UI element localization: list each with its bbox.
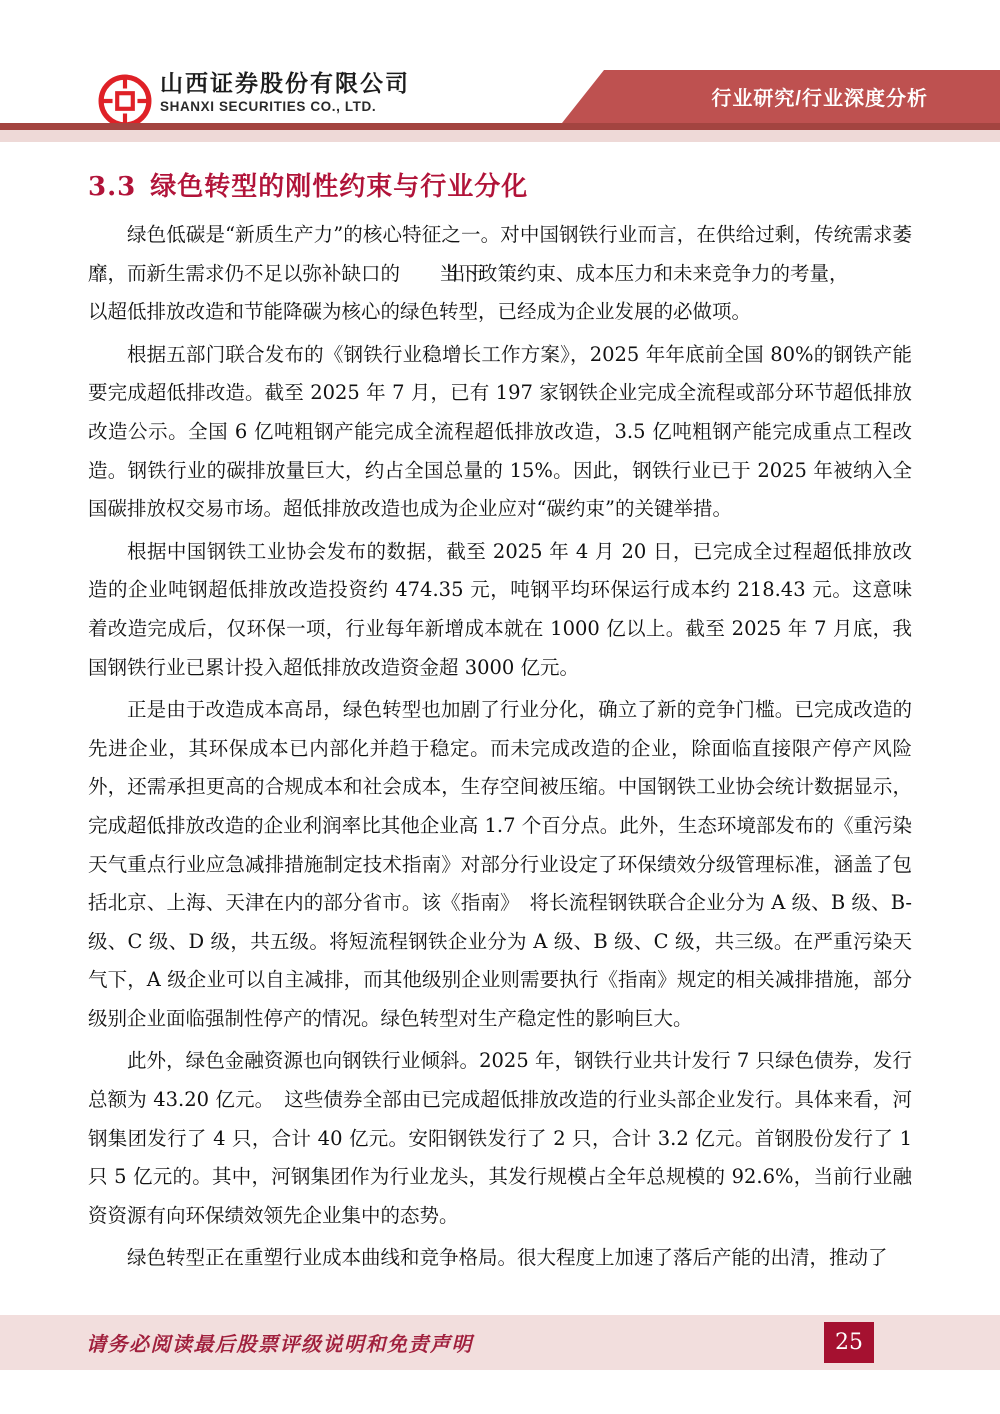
overlapping-text-artifact: 当下出于: [400, 255, 478, 294]
section-number: 3.3: [88, 172, 136, 202]
section-title: 3.3绿色转型的刚性约束与行业分化: [88, 166, 528, 203]
paragraph-6: 绿色转型正在重塑行业成本曲线和竞争格局。很大程度上加速了落后产能的出清，推动了: [88, 1239, 912, 1278]
report-type-label: 行业研究/行业深度分析: [711, 82, 1000, 111]
company-name-en: SHANXI SECURITIES CO., LTD.: [160, 98, 410, 116]
section-title-text: 绿色转型的刚性约束与行业分化: [150, 172, 528, 202]
footer-disclaimer: 请务必阅读最后股票评级说明和免责声明: [86, 1328, 473, 1357]
paragraph-1: 绿色低碳是“新质生产力”的核心特征之一。对中国钢铁行业而言，在供给过剩，传统需求…: [88, 216, 912, 332]
report-type-banner: 行业研究/行业深度分析: [562, 70, 1000, 123]
page-number-badge: 25: [824, 1322, 874, 1363]
paragraph-4: 正是由于改造成本高昂，绿色转型也加剧了行业分化，确立了新的竞争门槛。已完成改造的…: [88, 691, 912, 1038]
paragraph-3: 根据中国钢铁工业协会发布的数据，截至 2025 年 4 月 20 日，已完成全过…: [88, 533, 912, 687]
article-body: 绿色低碳是“新质生产力”的核心特征之一。对中国钢铁行业而言，在供给过剩，传统需求…: [88, 216, 912, 1282]
company-name-block: 山西证券股份有限公司 SHANXI SECURITIES CO., LTD.: [160, 70, 410, 116]
paragraph-1-part3: 以超低排放改造和节能降碳为核心的绿色转型，已经成为企业发展的必做项。: [88, 300, 751, 323]
header-rule-pink: [0, 130, 1000, 142]
page-header: 山西证券股份有限公司 SHANXI SECURITIES CO., LTD. 行…: [0, 0, 1000, 142]
shanxi-securities-logo-icon: [98, 74, 152, 128]
paragraph-2: 根据五部门联合发布的《钢铁行业稳增长工作方案》，2025 年年底前全国 80%的…: [88, 336, 912, 529]
overlap-over-text: 出于: [407, 255, 485, 294]
paragraph-1-part2: 政策约束、成本压力和未来竞争力的考量，: [478, 262, 849, 285]
header-rule-dark: [0, 123, 1000, 130]
company-name-cn: 山西证券股份有限公司: [160, 70, 410, 96]
page-footer: 请务必阅读最后股票评级说明和免责声明 25: [0, 1315, 1000, 1370]
paragraph-5: 此外，绿色金融资源也向钢铁行业倾斜。2025 年，钢铁行业共计发行 7 只绿色债…: [88, 1042, 912, 1235]
